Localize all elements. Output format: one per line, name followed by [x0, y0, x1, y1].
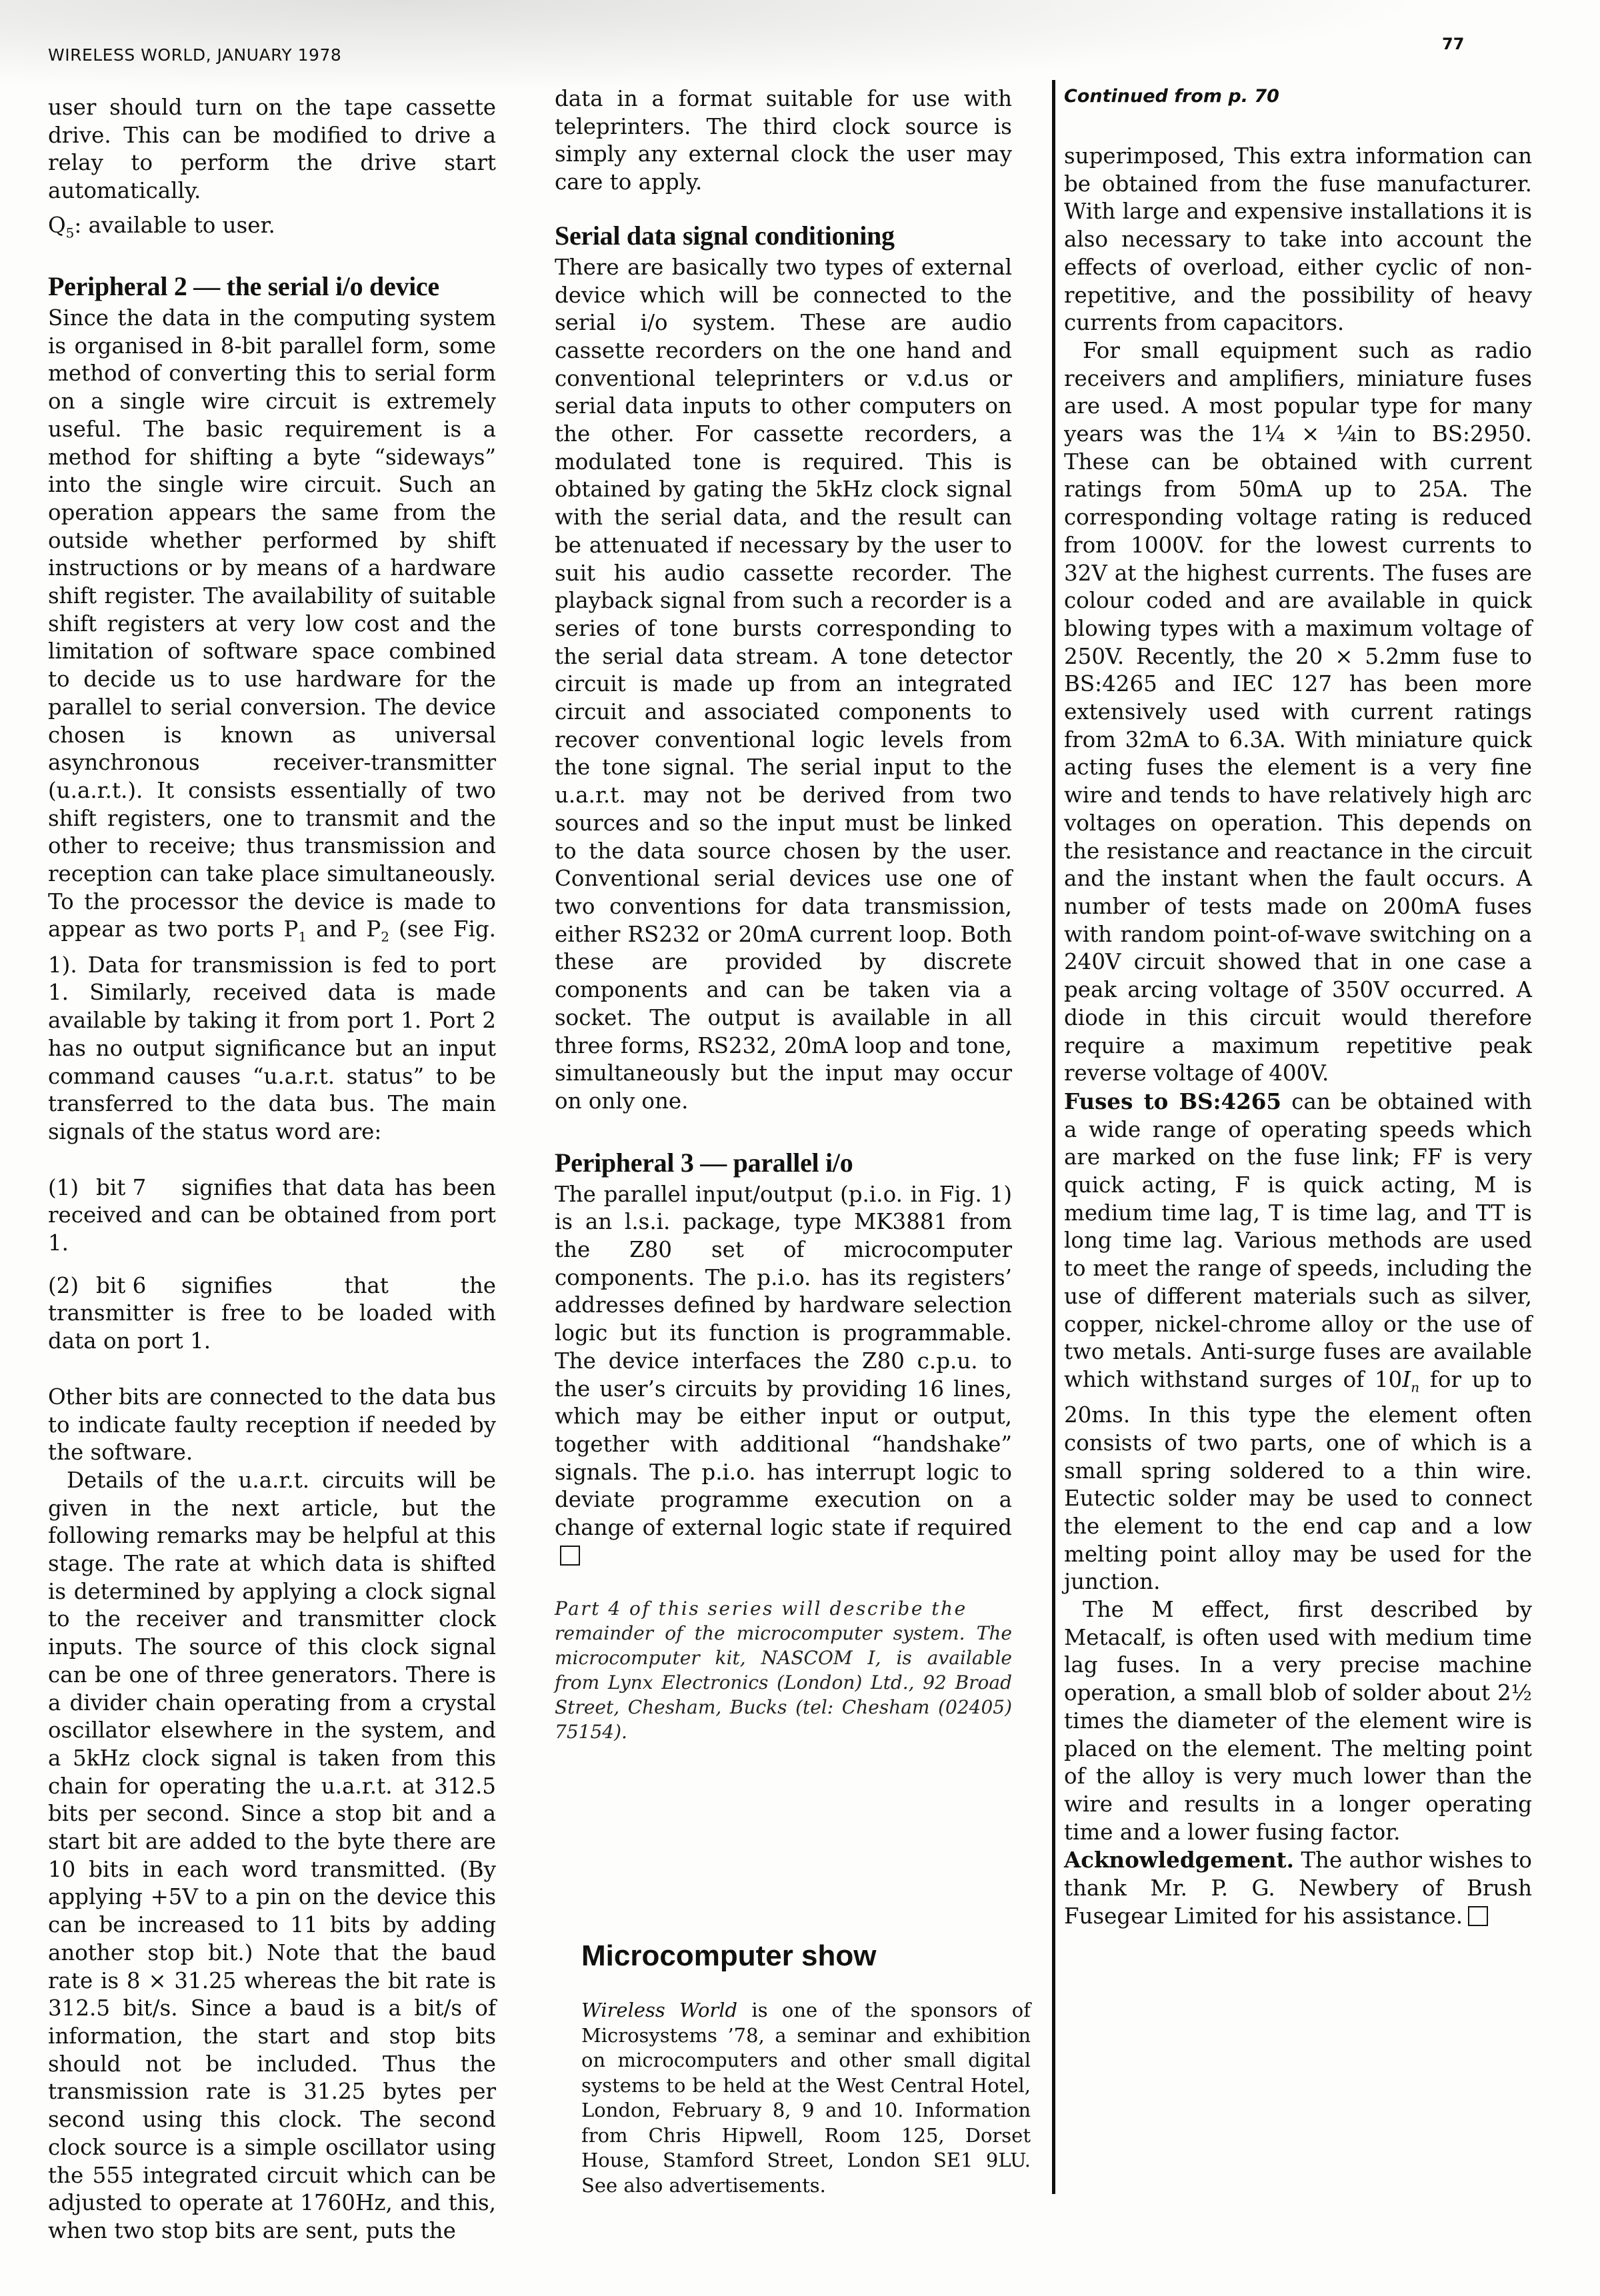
list-bit: bit 7 [96, 1174, 181, 1202]
fuse-paragraph-1: superimposed, This extra information can… [1064, 143, 1532, 337]
series-note: Part 4 of this series will describe the … [555, 1596, 1012, 1744]
q5-label: Q [48, 213, 66, 238]
spacer [48, 1146, 496, 1174]
intro-paragraph: data in a format suitable for use with t… [555, 85, 1012, 197]
q5-line: Q5: available to user. [48, 212, 496, 247]
list-number: (2) [48, 1272, 96, 1300]
status-list-item: (1)bit 7signifies that data has been rec… [48, 1174, 496, 1258]
fuse-paragraph-3: Fuses to BS:4265 can be obtained with a … [1064, 1088, 1532, 1596]
fuse-paragraph-4: The M effect, first described by Metacal… [1064, 1596, 1532, 1846]
other-bits-paragraph: Other bits are connected to the data bus… [48, 1384, 496, 1467]
fuse-paragraph-3-text-b: for up to 20ms. In this type the element… [1064, 1367, 1532, 1594]
serial-io-text-and: and P [307, 916, 381, 942]
right-column: Continued from p. 70 superimposed, This … [1064, 85, 1532, 1931]
middle-column: data in a format suitable for use with t… [555, 85, 1012, 1744]
spacer [48, 1356, 496, 1384]
show-body-text: is one of the sponsors of Microsystems ’… [581, 1999, 1031, 2197]
fuse-paragraph-3-text-a: can be obtained with a wide range of ope… [1064, 1089, 1532, 1392]
fuse-paragraph-2: For small equipment such as radio receiv… [1064, 337, 1532, 1088]
series-note-first-line: Part 4 of this series will describe the [555, 1596, 1012, 1621]
running-head: WIRELESS WORLD, JANUARY 1978 [48, 45, 341, 65]
port-2-subscript: 2 [381, 929, 389, 945]
fuses-run-in-heading: Fuses to BS:4265 [1064, 1088, 1281, 1114]
acknowledgement-heading: Acknowledgement. [1064, 1847, 1294, 1873]
rated-current-subscript: n [1411, 1379, 1419, 1395]
serial-conditioning-paragraph: There are basically two types of externa… [555, 254, 1012, 1116]
end-of-article-box-icon [560, 1546, 580, 1566]
serial-io-text-a: Since the data in the computing system i… [48, 305, 496, 942]
series-note-rest: remainder of the microcomputer system. T… [555, 1621, 1012, 1744]
end-of-article-box-icon [1468, 1906, 1488, 1926]
serial-io-text-b: (see Fig. 1). Data for transmission is f… [48, 916, 496, 1144]
show-body: Wireless World is one of the sponsors of… [581, 1998, 1031, 2198]
intro-paragraph: user should turn on the tape cassette dr… [48, 94, 496, 205]
continued-from-label: Continued from p. 70 [1064, 85, 1532, 108]
q5-subscript: 5 [66, 225, 75, 241]
serial-io-paragraph: Since the data in the computing system i… [48, 305, 496, 1146]
details-paragraph: Details of the u.a.r.t. circuits will be… [48, 1467, 496, 2245]
show-body-italic: Wireless World [581, 1999, 737, 2021]
parallel-io-paragraph: The parallel input/output (p.i.o. in Fig… [555, 1181, 1012, 1570]
rated-current-symbol: I [1402, 1367, 1411, 1392]
column-divider-rule [1052, 80, 1055, 2194]
list-number: (1) [48, 1174, 96, 1202]
port-1-subscript: 1 [298, 929, 307, 945]
microcomputer-show-box: Microcomputer show Wireless World is one… [555, 1939, 1031, 2198]
parallel-io-text: The parallel input/output (p.i.o. in Fig… [555, 1182, 1012, 1540]
left-column: user should turn on the tape cassette dr… [48, 94, 496, 2245]
q5-text: : available to user. [74, 213, 275, 238]
status-list-item: (2)bit 6signifies that the transmitter i… [48, 1272, 496, 1356]
list-bit: bit 6 [96, 1272, 181, 1300]
section-heading-serial-conditioning: Serial data signal conditioning [555, 221, 1012, 251]
page-number: 77 [1442, 35, 1464, 53]
section-heading-serial-io: Peripheral 2 — the serial i/o device [48, 271, 496, 302]
show-title: Microcomputer show [581, 1939, 1031, 1973]
spacer [48, 1258, 496, 1272]
acknowledgement-paragraph: Acknowledgement. The author wishes to th… [1064, 1846, 1532, 1930]
section-heading-parallel-io: Peripheral 3 — parallel i/o [555, 1148, 1012, 1178]
